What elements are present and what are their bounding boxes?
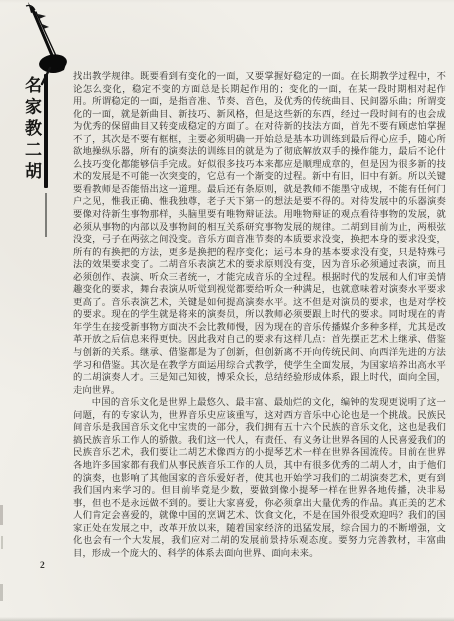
series-title-vertical: 名家教二胡 (19, 76, 44, 184)
paragraph: 中国的音乐文化是世界上最悠久、最丰富、最灿烂的文化，编钟的发现更说明了这一问题，… (73, 397, 446, 560)
scan-artifact (0, 505, 3, 525)
scan-edge-shadow (0, 617, 454, 621)
sidebar-rule-thin (45, 193, 47, 237)
scan-artifact (0, 584, 3, 601)
article-body: 找出教学规律。既要看到有变化的一面，又要掌握好稳定的一面。在长期教学过程中，不论… (73, 71, 446, 560)
scan-artifact (1, 536, 3, 549)
sidebar-rule-thick (44, 74, 48, 188)
scanned-book-page: 名家教二胡 找出教学规律。既要看到有变化的一面，又要掌握好稳定的一面。在长期教学… (0, 0, 454, 621)
calligraphy-brush-icon (8, 0, 72, 86)
page-number: 2 (40, 561, 45, 571)
paragraph: 找出教学规律。既要看到有变化的一面，又要掌握好稳定的一面。在长期教学过程中，不论… (73, 71, 446, 397)
